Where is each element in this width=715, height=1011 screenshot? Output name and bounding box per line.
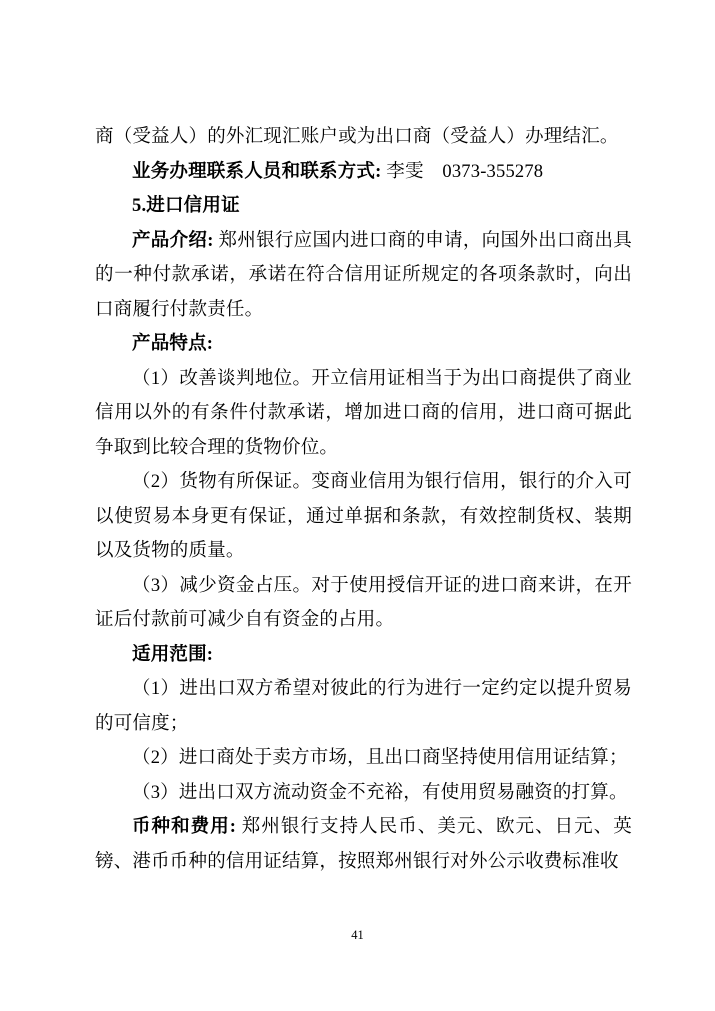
heading-product-features: 产品特点: [95, 327, 632, 362]
paragraph-text: （1）进出口双方希望对彼此的行为进行一定约定以提升贸易的可信度； [95, 679, 632, 734]
paragraph-continuation: 商（受益人）的外汇现汇账户或为出口商（受益人）办理结汇。 [95, 120, 632, 155]
heading-applicable-scope: 适用范围: [95, 638, 632, 673]
paragraph-bold-label: 5.进口信用证 [132, 196, 240, 216]
section-heading-import-lc: 5.进口信用证 [95, 189, 632, 224]
paragraph-feature-3: （3）减少资金占压。对于使用授信开证的进口商来讲，在开证后付款前可减少自有资金的… [95, 569, 632, 638]
paragraph-bold-label: 适用范围: [132, 645, 213, 665]
paragraph-product-intro: 产品介绍: 郑州银行应国内进口商的申请，向国外出口商出具的一种付款承诺，承诺在符… [95, 224, 632, 328]
paragraph-scope-3: （3）进出口双方流动资金不充裕，有使用贸易融资的打算。 [95, 776, 632, 811]
paragraph-bold-label: 产品特点: [132, 334, 213, 354]
paragraph-text: （3）进出口双方流动资金不充裕，有使用贸易融资的打算。 [132, 783, 628, 803]
paragraph-text: （3）减少资金占压。对于使用授信开证的进口商来讲，在开证后付款前可减少自有资金的… [95, 576, 632, 631]
paragraph-text: （1）改善谈判地位。开立信用证相当于为出口商提供了商业信用以外的有条件付款承诺，… [95, 369, 632, 458]
document-page: 商（受益人）的外汇现汇账户或为出口商（受益人）办理结汇。 业务办理联系人员和联系… [0, 0, 715, 1011]
document-body: 商（受益人）的外汇现汇账户或为出口商（受益人）办理结汇。 业务办理联系人员和联系… [95, 120, 632, 879]
paragraph-text: 商（受益人）的外汇现汇账户或为出口商（受益人）办理结汇。 [95, 127, 619, 147]
paragraph-bold-label: 产品介绍: [132, 231, 214, 251]
page-number: 41 [0, 928, 715, 943]
paragraph-text: （2）货物有所保证。变商业信用为银行信用，银行的介入可以使贸易本身更有保证，通过… [95, 472, 632, 561]
paragraph-currency-fees: 币种和费用: 郑州银行支持人民币、美元、欧元、日元、英镑、港币币种的信用证结算，… [95, 810, 632, 879]
paragraph-text: （2）进口商处于卖方市场，且出口商坚持使用信用证结算； [132, 748, 628, 768]
paragraph-feature-2: （2）货物有所保证。变商业信用为银行信用，银行的介入可以使贸易本身更有保证，通过… [95, 465, 632, 569]
paragraph-scope-1: （1）进出口双方希望对彼此的行为进行一定约定以提升贸易的可信度； [95, 672, 632, 741]
paragraph-scope-2: （2）进口商处于卖方市场，且出口商坚持使用信用证结算； [95, 741, 632, 776]
paragraph-bold-label: 业务办理联系人员和联系方式: [132, 162, 381, 182]
paragraph-contact: 业务办理联系人员和联系方式: 李雯 0373-355278 [95, 155, 632, 190]
paragraph-bold-label: 币种和费用: [132, 817, 236, 837]
paragraph-feature-1: （1）改善谈判地位。开立信用证相当于为出口商提供了商业信用以外的有条件付款承诺，… [95, 362, 632, 466]
paragraph-text: 李雯 0373-355278 [381, 162, 543, 182]
